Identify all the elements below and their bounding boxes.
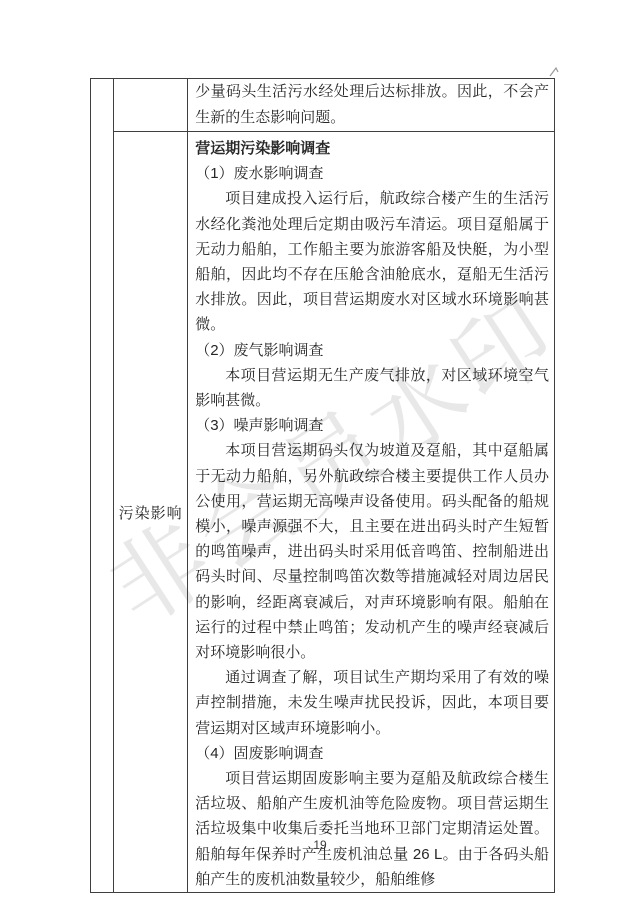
para-exhaust: 本项目营运期无生产废气排放，对区域环境空气影响甚微。	[195, 363, 549, 413]
table-spanner-cell	[91, 79, 114, 893]
pollution-survey-cell: 营运期污染影响调查 （1）废水影响调查 项目建成投入运行后，航政综合楼产生的生活…	[188, 132, 555, 893]
corner-artifact-mark	[548, 66, 560, 78]
para-wastewater: 项目建成投入运行后，航政综合楼产生的生活污水经化粪池处理后定期由吸污车清运。项目…	[195, 186, 549, 337]
survey-section-heading: 营运期污染影响调查	[195, 136, 549, 161]
empty-label-cell	[114, 79, 188, 132]
table-row: 少量码头生活污水经处理后达标排放。因此，不会产生新的生态影响问题。	[91, 79, 555, 132]
item-2-exhaust-heading: （2）废气影响调查	[195, 338, 549, 363]
item-3-noise-heading: （3）噪声影响调查	[195, 413, 549, 438]
document-page: { "document": { "page_number": "19", "wa…	[0, 0, 640, 905]
para-noise-sources: 本项目营运期码头仅为坡道及趸船，其中趸船属于无动力船舶，另外航政综合楼主要提供工…	[195, 438, 549, 665]
item-1-wastewater-heading: （1）废水影响调查	[195, 161, 549, 186]
pollution-survey-content: 营运期污染影响调查 （1）废水影响调查 项目建成投入运行后，航政综合楼产生的生活…	[188, 132, 554, 892]
impact-survey-table: 少量码头生活污水经处理后达标排放。因此，不会产生新的生态影响问题。 污染影响 营…	[90, 78, 555, 893]
page-number: 19	[0, 838, 640, 852]
ecology-conclusion-cell: 少量码头生活污水经处理后达标排放。因此，不会产生新的生态影响问题。	[188, 79, 555, 132]
item-4-solid-waste-heading: （4）固废影响调查	[195, 741, 549, 766]
table-row: 污染影响 营运期污染影响调查 （1）废水影响调查 项目建成投入运行后，航政综合楼…	[91, 132, 555, 893]
para-solid-waste: 项目营运期固废影响主要为趸船及航政综合楼生活垃圾、船舶产生废机油等危险废物。项目…	[195, 766, 549, 892]
ecology-conclusion-text: 少量码头生活污水经处理后达标排放。因此，不会产生新的生态影响问题。	[188, 79, 554, 131]
row-label-pollution-impact: 污染影响	[114, 132, 188, 893]
para-noise-control: 通过调查了解，项目试生产期均采用了有效的噪声控制措施，未发生噪声扰民投诉，因此，…	[195, 665, 549, 741]
